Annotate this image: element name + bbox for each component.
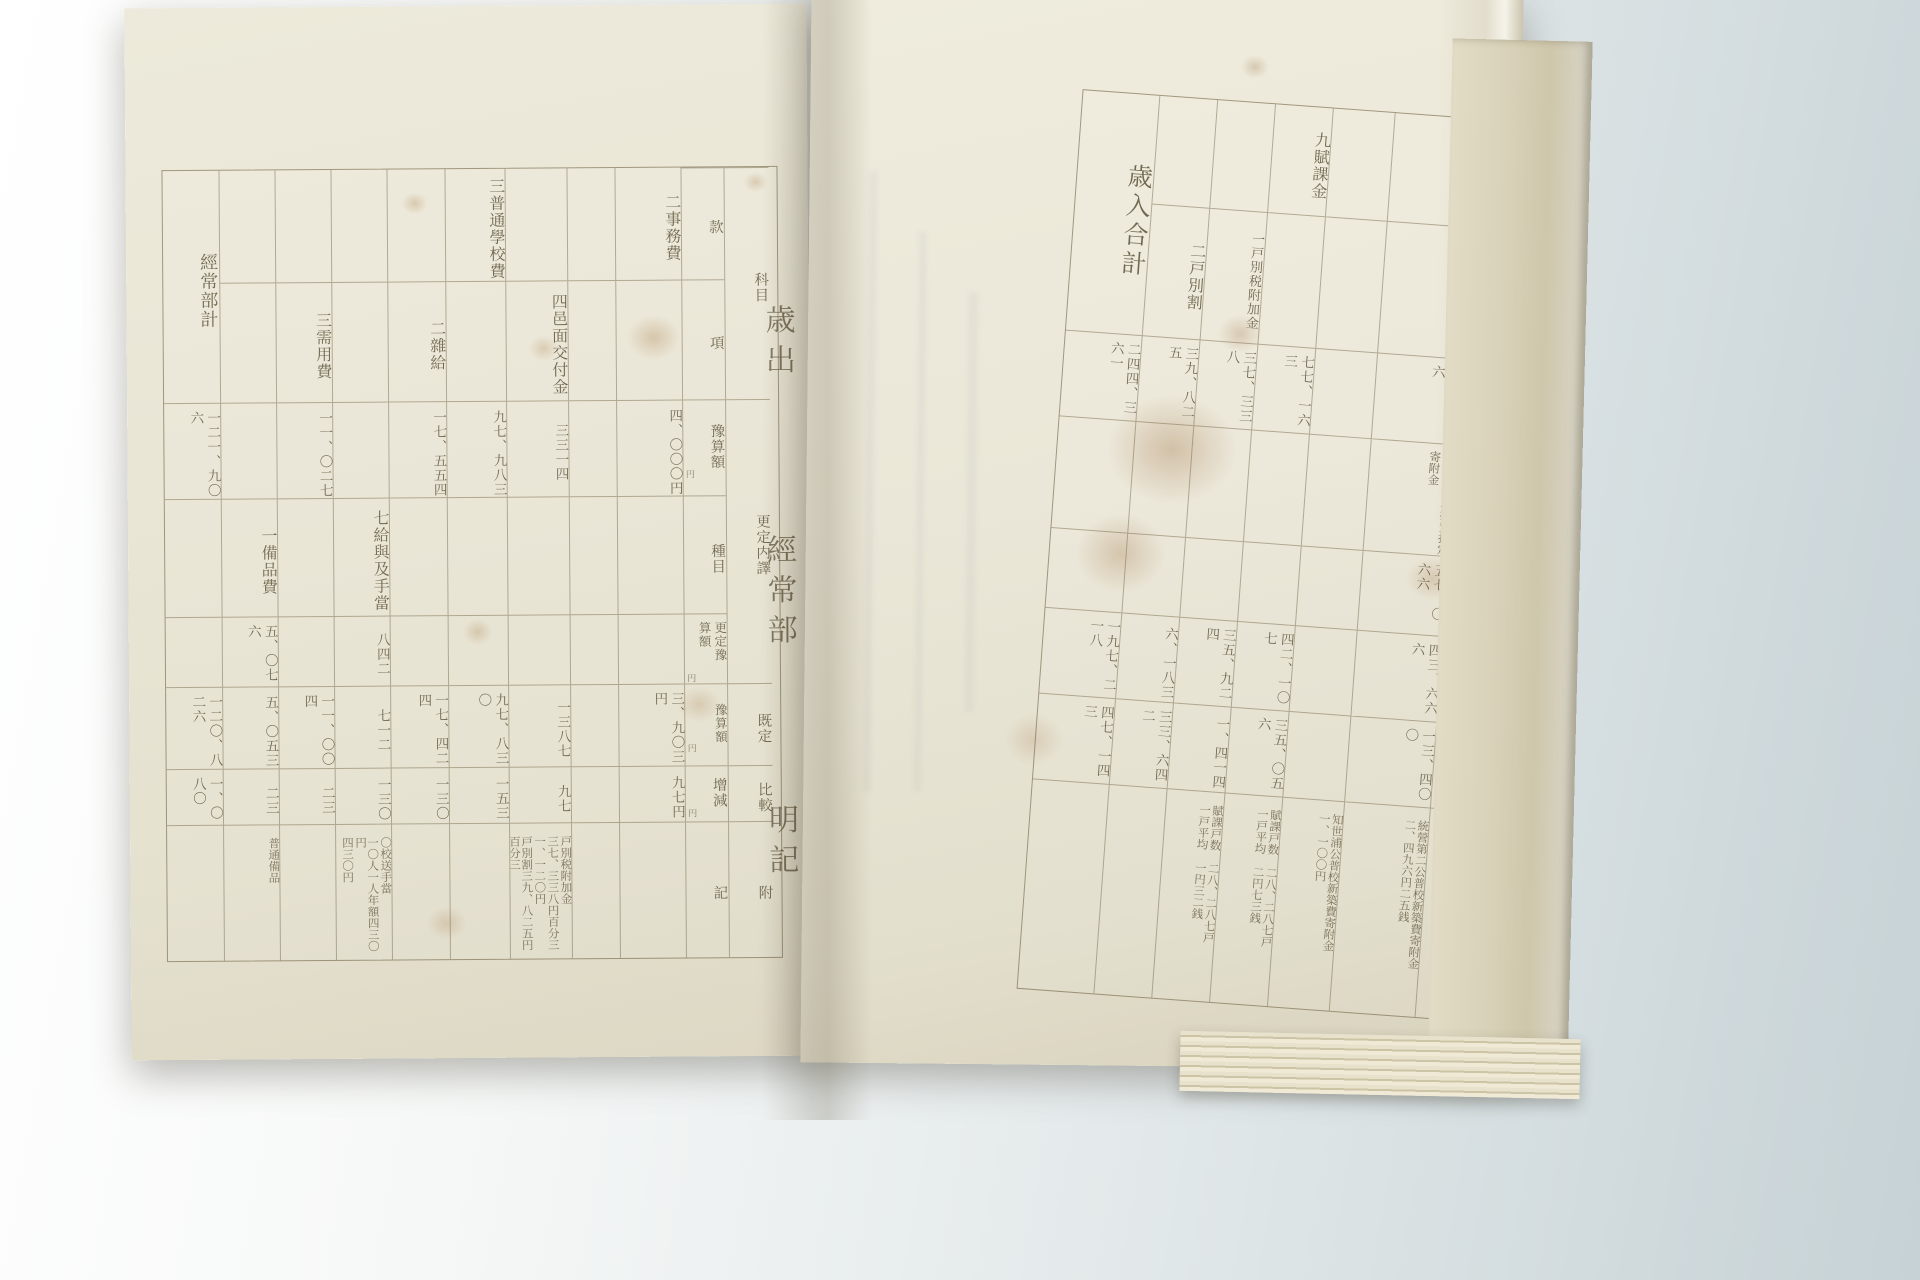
cell-kitei: 一一、〇〇四 — [278, 686, 335, 768]
cell-ko: 三需用費 — [275, 282, 332, 402]
cell-fuki — [619, 821, 686, 957]
cell-kotei — [390, 615, 448, 685]
cell-yosan — [568, 400, 617, 496]
cell-yosan: 一二一、九〇六 — [164, 403, 221, 499]
cell-kitei: 五、〇五三 — [222, 686, 279, 768]
cell-yosan: 三九、八二五 — [1135, 335, 1199, 425]
cell-kotei — [1179, 537, 1243, 621]
cell-shumoku — [1243, 429, 1309, 545]
column-yumen-kofukin: 四邑面交付金 三三一四 一三八七 九七 戸別税附加金 三七、三三八円百分三 一、… — [504, 168, 572, 958]
cell-shumoku — [389, 497, 448, 615]
cell-shumoku — [1185, 425, 1251, 541]
cell-ko: 一戸別税附加金 — [1200, 208, 1268, 344]
cell-ko — [445, 281, 506, 401]
header-kitei-label: 豫算額 — [712, 703, 728, 744]
cell-ko: 二戸別割 — [1142, 203, 1210, 339]
cell-ko — [331, 282, 388, 402]
cell-kitei — [570, 684, 619, 766]
cell-kitei: 七一二 — [334, 686, 391, 768]
cell-zogen: 二三 — [279, 768, 335, 824]
cell-kan — [330, 170, 387, 282]
header-zogen-label: 增減 — [710, 777, 728, 808]
cell-ko: 二雜給 — [387, 281, 446, 401]
cell-zogen: 一三、四〇〇 — [1344, 715, 1436, 807]
cell-kotei — [1237, 541, 1301, 625]
cell-zogen: 九七円 — [619, 766, 685, 822]
expenditure-table: 經常部計 一二一、九〇六 一二〇、八二六 一、〇八〇 一備品費 五、〇七六 五、… — [161, 166, 783, 962]
cell-kan: 三普通學校費 — [444, 169, 505, 281]
cell-kotei — [1046, 527, 1128, 612]
cell-fuki — [571, 822, 620, 958]
cell-ko — [219, 282, 276, 402]
header-ko: 項 — [681, 279, 725, 399]
cell-kotei — [1295, 545, 1363, 629]
cell-yosan: 三七、三三八 — [1193, 339, 1257, 429]
cell-fuki: 統營第二公普校新築費寄附金 二、四九六円二五銭 — [1329, 801, 1430, 1017]
cell-yosan: 七七、一六三 — [1251, 344, 1315, 434]
cell-fuki: 普通備品 — [223, 824, 280, 960]
cell-yosan — [220, 402, 277, 498]
cell-ko — [1315, 216, 1387, 352]
cell-kitei: 一七、四二四 — [390, 685, 449, 767]
cell-kitei: 六、一八三 — [1115, 612, 1179, 702]
cell-yosan — [1309, 348, 1377, 438]
note-line: 〇校送手當 — [379, 837, 391, 895]
cell-fuki: 戸別税附加金 三七、三三八円百分三 一、一二〇円 戸別割三九、八二五円百分三 一… — [509, 822, 572, 958]
cell-fuki — [167, 825, 224, 961]
cell-kan — [1151, 96, 1217, 208]
note-line: 一〇人一人年額四三〇円 — [354, 837, 379, 960]
column-zakkyu: 二雜給 一七、五五四 一七、四二四 一三〇 — [386, 169, 450, 959]
cell-zogen: 一三〇 — [391, 767, 449, 823]
book-under-sheets — [1427, 38, 1592, 1081]
header-zogen: 增減円 — [685, 765, 728, 821]
bleed-through — [964, 292, 978, 712]
book-gutter-shadow — [762, 0, 872, 1120]
cell-zogen — [571, 766, 619, 822]
cell-kitei: 三五、九二四 — [1173, 617, 1237, 707]
cell-kitei: 三、九〇三円 — [618, 684, 685, 766]
header-ki: 記 — [685, 821, 729, 957]
cell-zogen: 一、四一四 — [1167, 702, 1231, 792]
cell-kotei — [1121, 533, 1185, 617]
cell-shumoku: 一備品費 — [221, 498, 278, 616]
cell-shumoku — [569, 496, 618, 614]
cell-kitei: 一三八七 — [508, 684, 571, 766]
cell-kitei: 九七、八三〇 — [448, 685, 509, 767]
note-line: 一、一二〇円 — [533, 835, 546, 904]
cell-kan — [1325, 109, 1395, 221]
cell-shumoku — [1127, 421, 1193, 537]
cell-kotei — [448, 615, 508, 685]
cell-yosan: 二四四、三六一 — [1060, 330, 1142, 421]
bleed-through — [913, 231, 927, 791]
cell-kotei: 五、〇七六 — [222, 616, 278, 686]
age-spot — [1241, 55, 1269, 79]
cell-shumoku — [447, 497, 508, 615]
cell-kankou: 經常部計 — [162, 171, 220, 403]
cell-kan — [386, 169, 445, 281]
cell-kitei: 一二〇、八二六 — [166, 687, 223, 769]
cell-ko — [1257, 212, 1325, 348]
cell-zogen: 四七、一四三 — [1033, 693, 1115, 784]
cell-zogen: 三五、〇五六 — [1224, 707, 1288, 797]
cell-zogen: 九七 — [509, 766, 571, 822]
note-line: 四三〇円 — [341, 837, 353, 883]
cell-zogen: 一、〇八〇 — [167, 769, 223, 825]
cell-zogen: 二三 — [223, 768, 279, 824]
cell-yosan: 三三一四 — [506, 400, 569, 496]
cell-kotei — [570, 614, 618, 684]
cell-kitei: 四二、一〇七 — [1231, 621, 1295, 711]
cell-yosan — [332, 402, 389, 498]
header-kotei-label: 更定豫算額 — [695, 621, 727, 673]
column-juyohi: 三需用費 一一、〇二七 一一、〇〇四 二三 — [274, 170, 336, 960]
column-futsu-gakkohi: 三普通學校費 九七、九八三 九七、八三〇 一五三 — [444, 169, 510, 959]
right-page: 歳入合計 二四四、三六一 一九七、二一八 四七、一四三 二戸別割 三九、八二五 … — [800, 0, 1523, 1070]
cell-kan — [504, 168, 567, 280]
note-line: 戸別割三九、八二五円百分三 — [509, 836, 533, 959]
header-yosangaku-label: 豫算額 — [707, 423, 725, 470]
column-kyuyo-teate: 七給與及手當 八四二 七一二 一三〇 〇校送手當 一〇人一人年額四三〇円 四三〇… — [330, 170, 392, 960]
cell-zogen: 一三〇 — [335, 768, 391, 824]
cell-yosan: 一一、〇二七 — [276, 402, 333, 498]
cell-kotei: 八四二 — [334, 616, 390, 686]
column-keijobu-kei: 經常部計 一二一、九〇六 一二〇、八二六 一、〇八〇 — [162, 171, 224, 961]
yen-unit-mark: 円 — [685, 744, 696, 754]
cell-fuki — [449, 823, 510, 959]
header-kitei-yosangaku: 豫算額円 — [684, 683, 728, 765]
cell-ko — [567, 280, 616, 400]
cell-ko: 四邑面交付金 — [505, 280, 568, 400]
column-empty — [566, 168, 620, 958]
yen-unit-mark: 円 — [686, 808, 697, 818]
cell-kitei: 一九七、二一八 — [1039, 607, 1121, 698]
cell-shumoku — [165, 499, 222, 617]
header-kotei-yosangaku: 更定豫算額円 — [684, 613, 727, 683]
cell-zogen — [1282, 711, 1350, 801]
left-page: 歳出 經常部 明記 經常部計 一二一、九〇六 一二〇、八二六 一、〇八〇 一備品… — [124, 4, 813, 1061]
cell-kotei — [618, 614, 684, 684]
cell-fuki — [279, 824, 336, 960]
stacked-page-edges — [1179, 1031, 1580, 1099]
cell-kan: 九賦課金 — [1267, 104, 1333, 216]
cell-ko — [615, 280, 682, 400]
cell-yosan: 一七、五五四 — [388, 401, 447, 497]
note-line: 普通備品 — [267, 837, 279, 883]
header-inner-labels: 款 項 豫算額円 種目 更定豫算額円 豫算額円 增減円 記 — [680, 167, 729, 957]
cell-kan — [274, 170, 331, 282]
cell-yosan: 九七、九八三 — [446, 401, 507, 497]
cell-kotei — [508, 614, 570, 684]
header-shumoku: 種目 — [683, 495, 727, 613]
header-yosangaku: 豫算額円 — [682, 399, 726, 495]
cell-shumoku — [617, 496, 684, 614]
cell-kan — [218, 170, 275, 282]
cell-shumoku — [507, 496, 570, 614]
cell-fuki — [391, 823, 450, 959]
yen-unit-mark: 円 — [685, 673, 696, 683]
cell-kan — [1209, 100, 1275, 212]
cell-shumoku — [277, 498, 334, 616]
cell-yosan: 四、〇〇〇円 — [616, 400, 683, 496]
column-jimuhi: 二事務費 四、〇〇〇円 三、九〇三円 九七円 — [614, 168, 686, 958]
cell-kitei: 四三、六六六 — [1350, 630, 1442, 722]
column-bihinhi: 一備品費 五、〇七六 五、〇五三 二三 普通備品 — [218, 170, 280, 960]
yen-unit-mark: 円 — [684, 470, 695, 480]
cell-zogen: 三三、六四二 — [1109, 698, 1173, 788]
cell-kotei — [278, 616, 334, 686]
note-line: 戸別税附加金 — [559, 835, 572, 904]
cell-shumoku — [1301, 434, 1371, 550]
cell-kan: 二事務費 — [614, 168, 681, 280]
note-line: 三七、三三八円百分三 — [546, 835, 559, 950]
cell-shumoku: 七給與及手當 — [333, 498, 390, 616]
cell-kitei — [1289, 625, 1357, 715]
cell-fuki: 〇校送手當 一〇人一人年額四三〇円 四三〇円 — [335, 824, 392, 960]
cell-kotei — [166, 617, 222, 687]
cell-zogen: 一五三 — [449, 767, 509, 823]
cell-kan — [566, 168, 615, 280]
column-field-headers: 款 項 豫算額円 種目 更定豫算額円 豫算額円 增減円 記 科目 更定内譯 既定… — [680, 167, 774, 958]
cell-shumoku — [1051, 415, 1135, 532]
header-kan: 款 — [680, 167, 724, 279]
